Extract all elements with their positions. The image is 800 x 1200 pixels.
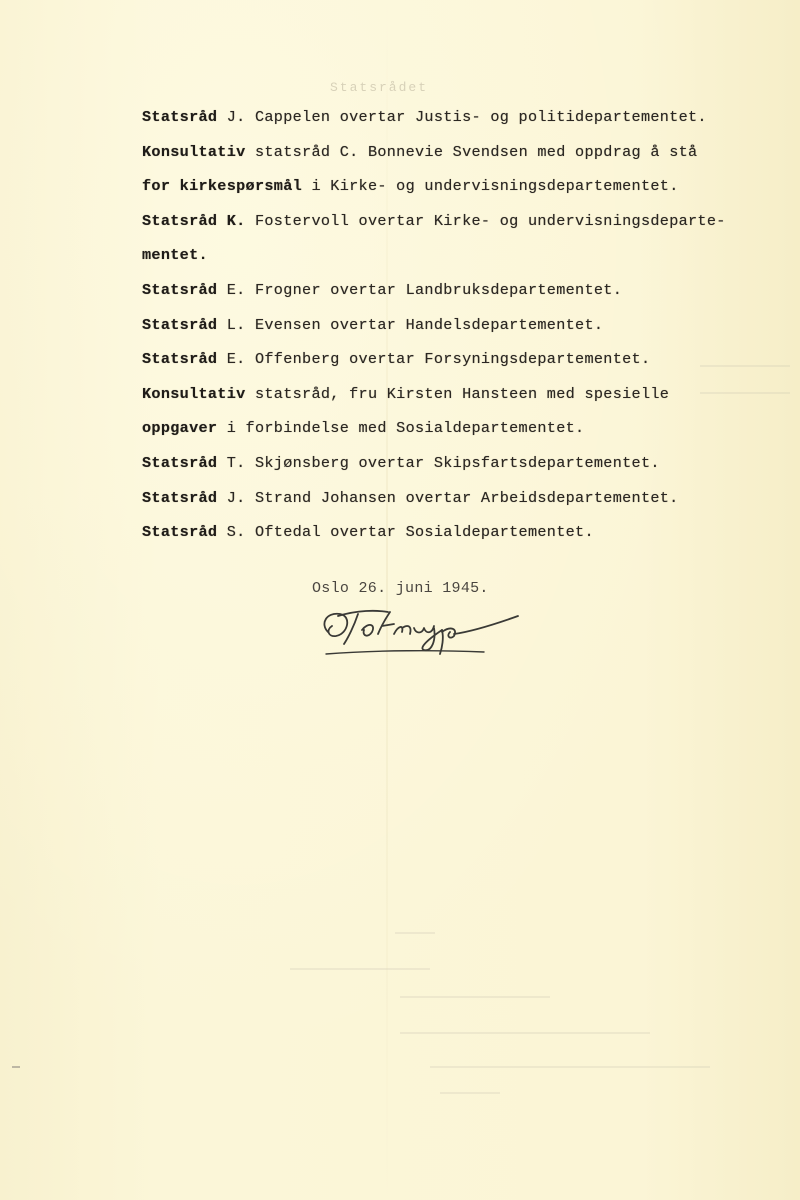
text-line: Statsråd E. Offenberg overtar Forsynings…	[142, 342, 800, 377]
bleed-through-mark	[700, 365, 790, 367]
bleed-through-mark	[700, 392, 790, 394]
bleed-through-mark	[400, 1032, 650, 1034]
dateline: Oslo 26. juni 1945.	[312, 580, 489, 597]
document-page: Statsrådet Statsråd J. Cappelen overtar …	[0, 0, 800, 1200]
bleed-through-mark	[430, 1066, 710, 1068]
faint-header-stamp: Statsrådet	[330, 80, 428, 95]
text-line: Statsråd L. Evensen overtar Handelsdepar…	[142, 308, 800, 343]
text-line: Statsråd J. Cappelen overtar Justis- og …	[142, 100, 800, 135]
text-line: Statsråd T. Skjønsberg overtar Skipsfart…	[142, 446, 800, 481]
bleed-through-mark	[395, 932, 435, 934]
text-line: Konsultativ statsråd, fru Kirsten Hanste…	[142, 377, 800, 412]
handwritten-signature	[318, 604, 528, 660]
bleed-through-mark	[400, 996, 550, 998]
text-line: Statsråd S. Oftedal overtar Sosialdepart…	[142, 515, 800, 550]
text-line: Statsråd J. Strand Johansen overtar Arbe…	[142, 481, 800, 516]
text-line: Statsråd E. Frogner overtar Landbruksdep…	[142, 273, 800, 308]
document-body: Statsråd J. Cappelen overtar Justis- og …	[142, 100, 800, 550]
text-line: oppgaver i forbindelse med Sosialdeparte…	[142, 411, 800, 446]
text-line: Konsultativ statsråd C. Bonnevie Svendse…	[142, 135, 800, 170]
bleed-through-mark	[290, 968, 430, 970]
text-line: for kirkespørsmål i Kirke- og undervisni…	[142, 169, 800, 204]
bleed-through-mark	[440, 1092, 500, 1094]
edge-mark	[12, 1066, 20, 1068]
text-line: mentet.	[142, 238, 800, 273]
text-line: Statsråd K. Fostervoll overtar Kirke- og…	[142, 204, 800, 239]
